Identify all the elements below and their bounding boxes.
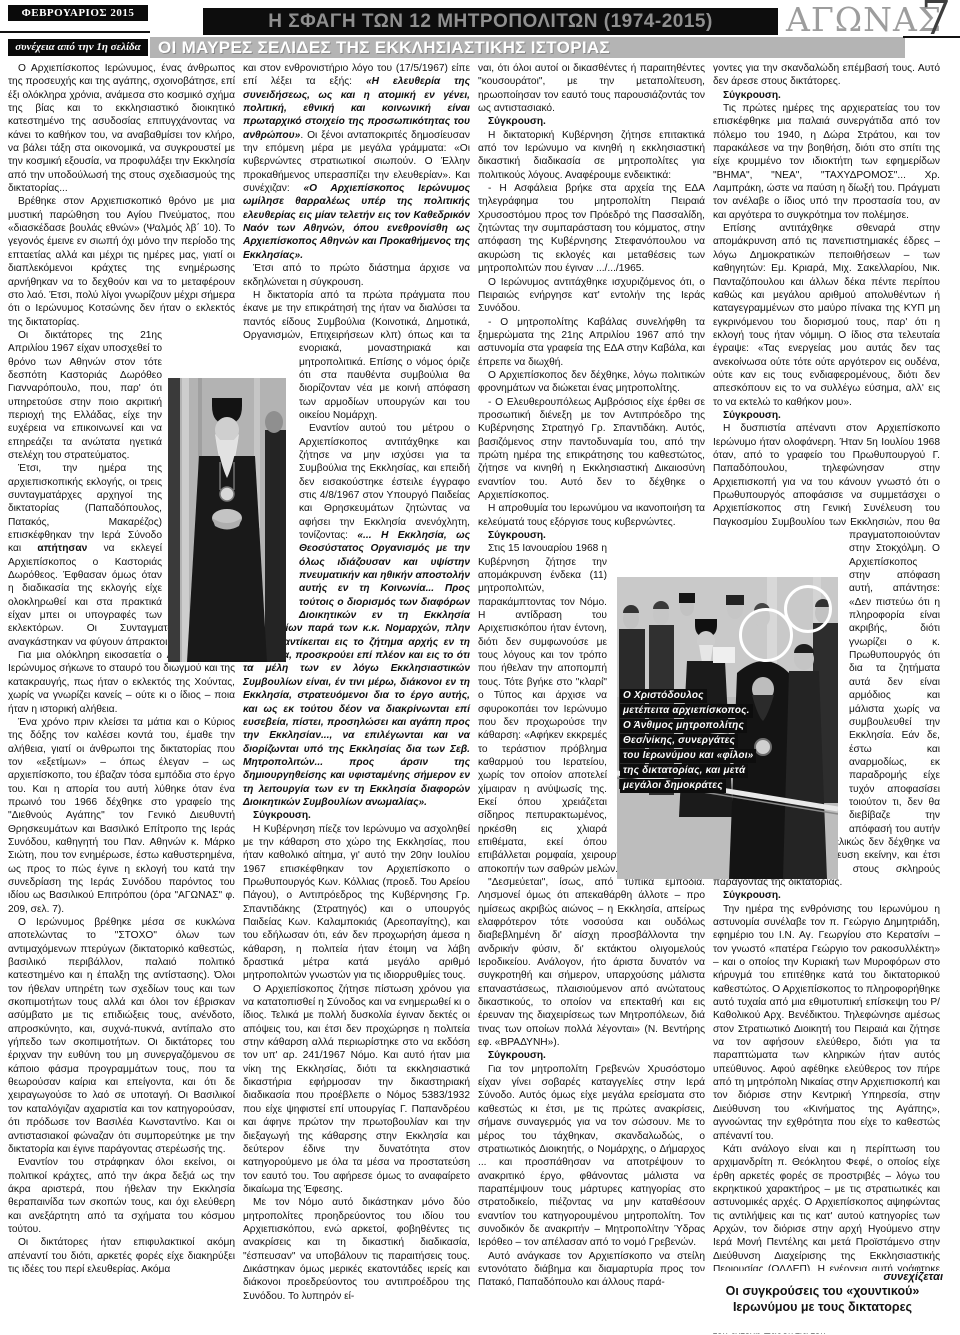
text-segment: Εναντίον αυτού του μέτρου ο Αρχιεπίσκοπο…	[299, 423, 470, 541]
paragraph: - Ο μητροπολίτης Καβάλας συνελήφθη τα ξη…	[478, 316, 705, 369]
paragraph: Ο Ιερώνυμος βρέθηκε μέσα σε κυκλώνα αποτ…	[8, 916, 235, 1156]
text-segment: Σύγκρουση.	[488, 530, 546, 541]
paragraph: Βρέθηκε στον Αρχιεπισκοπικό θρόνο με μια…	[8, 195, 235, 328]
text-segment: Ο Αρχιεπίσκοπος Ιερώνυμος, ένας άνθρωπος…	[8, 63, 235, 194]
paragraph: Η απροθυμία του Ιερωνύμου να ικανοποιήση…	[478, 502, 705, 529]
text-segment: Ο Ιερώνυμος βρέθηκε μέσα σε κυκλώνα αποτ…	[8, 917, 235, 1155]
next-article-title-line1: Οι συγκρούσεις του «χουντικού»	[700, 1284, 945, 1300]
paragraph: Με τον Νόμο αυτό δικάστηκαν μόνο δύο μητ…	[243, 1196, 470, 1303]
text-segment: ναι, ότι όλοι αυτοί οι δικασθέντες ή παρ…	[478, 63, 705, 114]
section-heading: Σύγκρουση.	[478, 1049, 705, 1062]
text-segment: Κάτι ανάλογο είναι και η περίπτωση του α…	[713, 1144, 940, 1288]
text-segment: - Ο Ελευθερουπόλεως Αμβρόσιος είχε έρθει…	[478, 397, 705, 501]
paragraph: Την ημέρα της ενθρόνισης του Ιερωνύμου η…	[713, 903, 940, 1143]
text-segment: Η απροθυμία του Ιερωνύμου να ικανοποιήση…	[478, 503, 705, 527]
caption-line: Ο Χριστόδουλος	[620, 689, 707, 703]
newspaper-page: { "page": { "date_box": "ΦΕΒΡΟΥΑΡΙΟΣ 201…	[0, 0, 960, 1335]
paragraph: Ο Αρχιεπίσκοπος ζήτησε πίστωση χρόνου γι…	[243, 983, 470, 1197]
paragraph: Κάτι ανάλογο είναι και η περίπτωση του α…	[713, 1143, 940, 1290]
text-segment: Σύγκρουση.	[723, 410, 781, 421]
text-segment: Ένα χρόνο πριν κλείσει τα μάτια και ο Κύ…	[8, 717, 235, 915]
caption-line: μεγάλοι δημοκράτες	[620, 779, 726, 793]
paragraph: Η Κυβέρνηση πίεζε τον Ιερώνυμο να ασχολη…	[243, 823, 470, 983]
paragraph: ναι, ότι όλοι αυτοί οι δικασθέντες ή παρ…	[478, 62, 705, 115]
text-segment: Τις πρώτες ημέρες της αρχιερατείας του τ…	[713, 103, 940, 221]
to-be-continued: συνεχίζεται	[700, 1271, 943, 1283]
article-main-title: Η ΣΦΑΓΗ ΤΩΝ 12 ΜΗΤΡΟΠΟΛΙΤΩΝ (1974-2015)	[203, 8, 778, 35]
text-segment: Οι δικτάτορες ήταν επιφυλακτικοί ακόμη α…	[8, 1237, 235, 1275]
continuation-note: συνέχεια από την 1η σελίδα	[8, 39, 148, 56]
highlight-circle	[784, 585, 832, 633]
text-segment: Σύγκρουση.	[488, 1050, 546, 1061]
paragraph: Ο Αρχιεπίσκοπος Ιερώνυμος, ένας άνθρωπος…	[8, 62, 235, 195]
text-segment: Σύγκρουση.	[253, 810, 311, 821]
paragraph: Η δικτατορική Κυβέρνηση ζήτησε επιτακτικ…	[478, 129, 705, 182]
caption-line: Θεσ/νίκης, συνεργάτες	[620, 734, 738, 748]
paragraph: Τις πρώτες ημέρες της αρχιερατείας του τ…	[713, 102, 940, 222]
photo-group-caption: Ο Χριστόδουλοςμετέπειτα αρχιεπίσκοπος.Ο …	[620, 689, 780, 794]
section-heading: Σύγκρουση.	[713, 409, 940, 422]
text-segment: Η δικτατορική Κυβέρνηση ζήτησε επιτακτικ…	[478, 130, 705, 181]
paragraph: Οι δικτάτορες ήταν επιφυλακτικοί ακόμη α…	[8, 1236, 235, 1276]
paragraph: - Η Ασφάλεια βρήκε στα αρχεία της ΕΔΑ τη…	[478, 182, 705, 275]
header-rule-right	[903, 36, 960, 38]
text-segment: - Ο μητροπολίτης Καβάλας συνελήφθη τα ξη…	[478, 317, 705, 368]
paragraph: Ο Αρχιεπίσκοπος δεν δέχθηκε, λόγω πολιτι…	[478, 369, 705, 396]
text-segment: Ο Ιερώνυμος αντιτάχθηκε ισχυριζόμενος ότ…	[478, 277, 705, 315]
text-segment: Για τον μητροπολίτη Γρεβενών Χρυσόστομο …	[478, 1064, 705, 1248]
portrait-illustration	[168, 378, 286, 662]
text-segment: Σύγκρουση.	[723, 90, 781, 101]
newspaper-masthead-logo: ΑΓΩΝΑΣ	[786, 2, 912, 38]
caption-line: της δικτατορίας, και μετά	[620, 764, 748, 778]
section-heading: Σύγκρουση.	[713, 89, 940, 102]
header-rule-left	[0, 31, 150, 33]
next-article-title-line2: Ιερωνύμου με τους δικτατορες	[700, 1300, 945, 1316]
text-segment: Η δυσπιστία απέναντι στον Αρχιεπίσκοπο Ι…	[713, 423, 940, 527]
text-segment: Σύγκρουση.	[488, 116, 546, 127]
text-segment: Ο Αρχιεπίσκοπος ζήτησε πίστωση χρόνου γι…	[243, 984, 470, 1195]
article-column: και στον ενθρονιστήριο λόγο του (17/5/19…	[243, 62, 470, 1334]
paragraph: "Δεσμεύεται", ίσως, από τυπικά εμπόδια. …	[478, 876, 705, 1049]
section-heading: Σύγκρουση.	[478, 115, 705, 128]
paragraph: Ο Ιερώνυμος αντιτάχθηκε ισχυριζόμενος ότ…	[478, 276, 705, 316]
photo-ceremony-group: Ο Χριστόδουλοςμετέπειτα αρχιεπίσκοπος.Ο …	[617, 577, 838, 879]
text-segment: Έτσι, την ημέρα της αρχιεπισκοπικής εκλο…	[8, 463, 162, 554]
paragraph: Ένα χρόνο πριν κλείσει τα μάτια και ο Κύ…	[8, 716, 235, 916]
text-segment: "Δεσμεύεται", ίσως, από τυπικά εμπόδια. …	[478, 877, 705, 1048]
article-footer: συνεχίζεται Οι συγκρούσεις του «χουντικο…	[700, 1271, 945, 1333]
paragraph: Εναντίον του στράφηκαν όλοι εκείνοι, οι …	[8, 1156, 235, 1236]
text-segment: απήτησαν	[37, 543, 87, 554]
section-heading: Σύγκρουση.	[713, 889, 940, 902]
text-segment: Αυτό ανάγκασε τον Αρχιεπίσκοπο να στείλη…	[478, 1251, 705, 1289]
paragraph: γοντες για την σκανδαλώδη επέμβασή τους.…	[713, 62, 940, 89]
section-heading: Σύγκρουση.	[243, 809, 470, 822]
article-column: Ο Αρχιεπίσκοπος Ιερώνυμος, ένας άνθρωπος…	[8, 62, 235, 1334]
text-segment: Η Κυβέρνηση πίεζε τον Ιερώνυμο να ασχολη…	[243, 824, 470, 982]
text-segment: - Η Ασφάλεια βρήκε στα αρχεία της ΕΔΑ τη…	[478, 183, 705, 274]
photo-archbishop-portrait	[168, 378, 286, 662]
issue-date-box: ΦΕΒΡΟΥΑΡΙΟΣ 2015	[8, 5, 148, 21]
text-segment: γοντες για την σκανδαλώδη επέμβασή τους.…	[713, 63, 940, 87]
section-heading: Σύγκρουση.	[478, 529, 705, 542]
paragraph: Έτσι από το πρώτο διάστημα άρχισε να εκδ…	[243, 262, 470, 289]
paragraph: - Ο Ελευθερουπόλεως Αμβρόσιος είχε έρθει…	[478, 396, 705, 503]
text-segment: Με τον Νόμο αυτό δικάστηκαν μόνο δύο μητ…	[243, 1197, 470, 1301]
paragraph: Επίσης αντιτάχθηκε σθεναρά στην απομάκρυ…	[713, 222, 940, 409]
text-segment: Την ημέρα της ενθρόνισης του Ιερωνύμου η…	[713, 904, 940, 1142]
text-segment: Σύγκρουση.	[723, 890, 781, 901]
text-segment: Έτσι από το πρώτο διάστημα άρχισε να εκδ…	[243, 263, 470, 287]
caption-line: του Ιερωνύμου και «φίλοι»	[620, 749, 756, 763]
caption-line: μετέπειτα αρχιεπίσκοπος.	[620, 704, 753, 718]
text-segment: «Ο Αρχιεπίσκοπος Ιερώνυμος ωμίλησε θαρρα…	[243, 183, 470, 261]
text-segment: Ο Αρχιεπίσκοπος δεν δέχθηκε, λόγω πολιτι…	[478, 370, 705, 394]
caption-line: Ο Άνθιμος μητροπολίτης	[620, 719, 747, 733]
paragraph: Για τον μητροπολίτη Γρεβενών Χρυσόστομο …	[478, 1063, 705, 1250]
section-subtitle-bar: ΟΙ ΜΑΥΡΕΣ ΣΕΛΙΔΕΣ ΤΗΣ ΕΚΚΛΗΣΙΑΣΤΙΚΗΣ ΙΣΤ…	[150, 37, 905, 58]
text-segment: Επίσης αντιτάχθηκε σθεναρά στην απομάκρυ…	[713, 223, 940, 407]
text-segment: Βρέθηκε στον Αρχιεπισκοπικό θρόνο με μια…	[8, 196, 235, 327]
paragraph: και στον ενθρονιστήριο λόγο του (17/5/19…	[243, 62, 470, 262]
text-segment: Εναντίον του στράφηκαν όλοι εκείνοι, οι …	[8, 1157, 235, 1235]
paragraph: Αυτό ανάγκασε τον Αρχιεπίσκοπο να στείλη…	[478, 1250, 705, 1290]
text-segment: Οι δικτάτορες της 21ης Απριλίου 1967 είχ…	[8, 330, 162, 461]
text-segment: μητροπολιτικά. Επίσης ο νόμος όριζε ότι …	[299, 357, 470, 421]
